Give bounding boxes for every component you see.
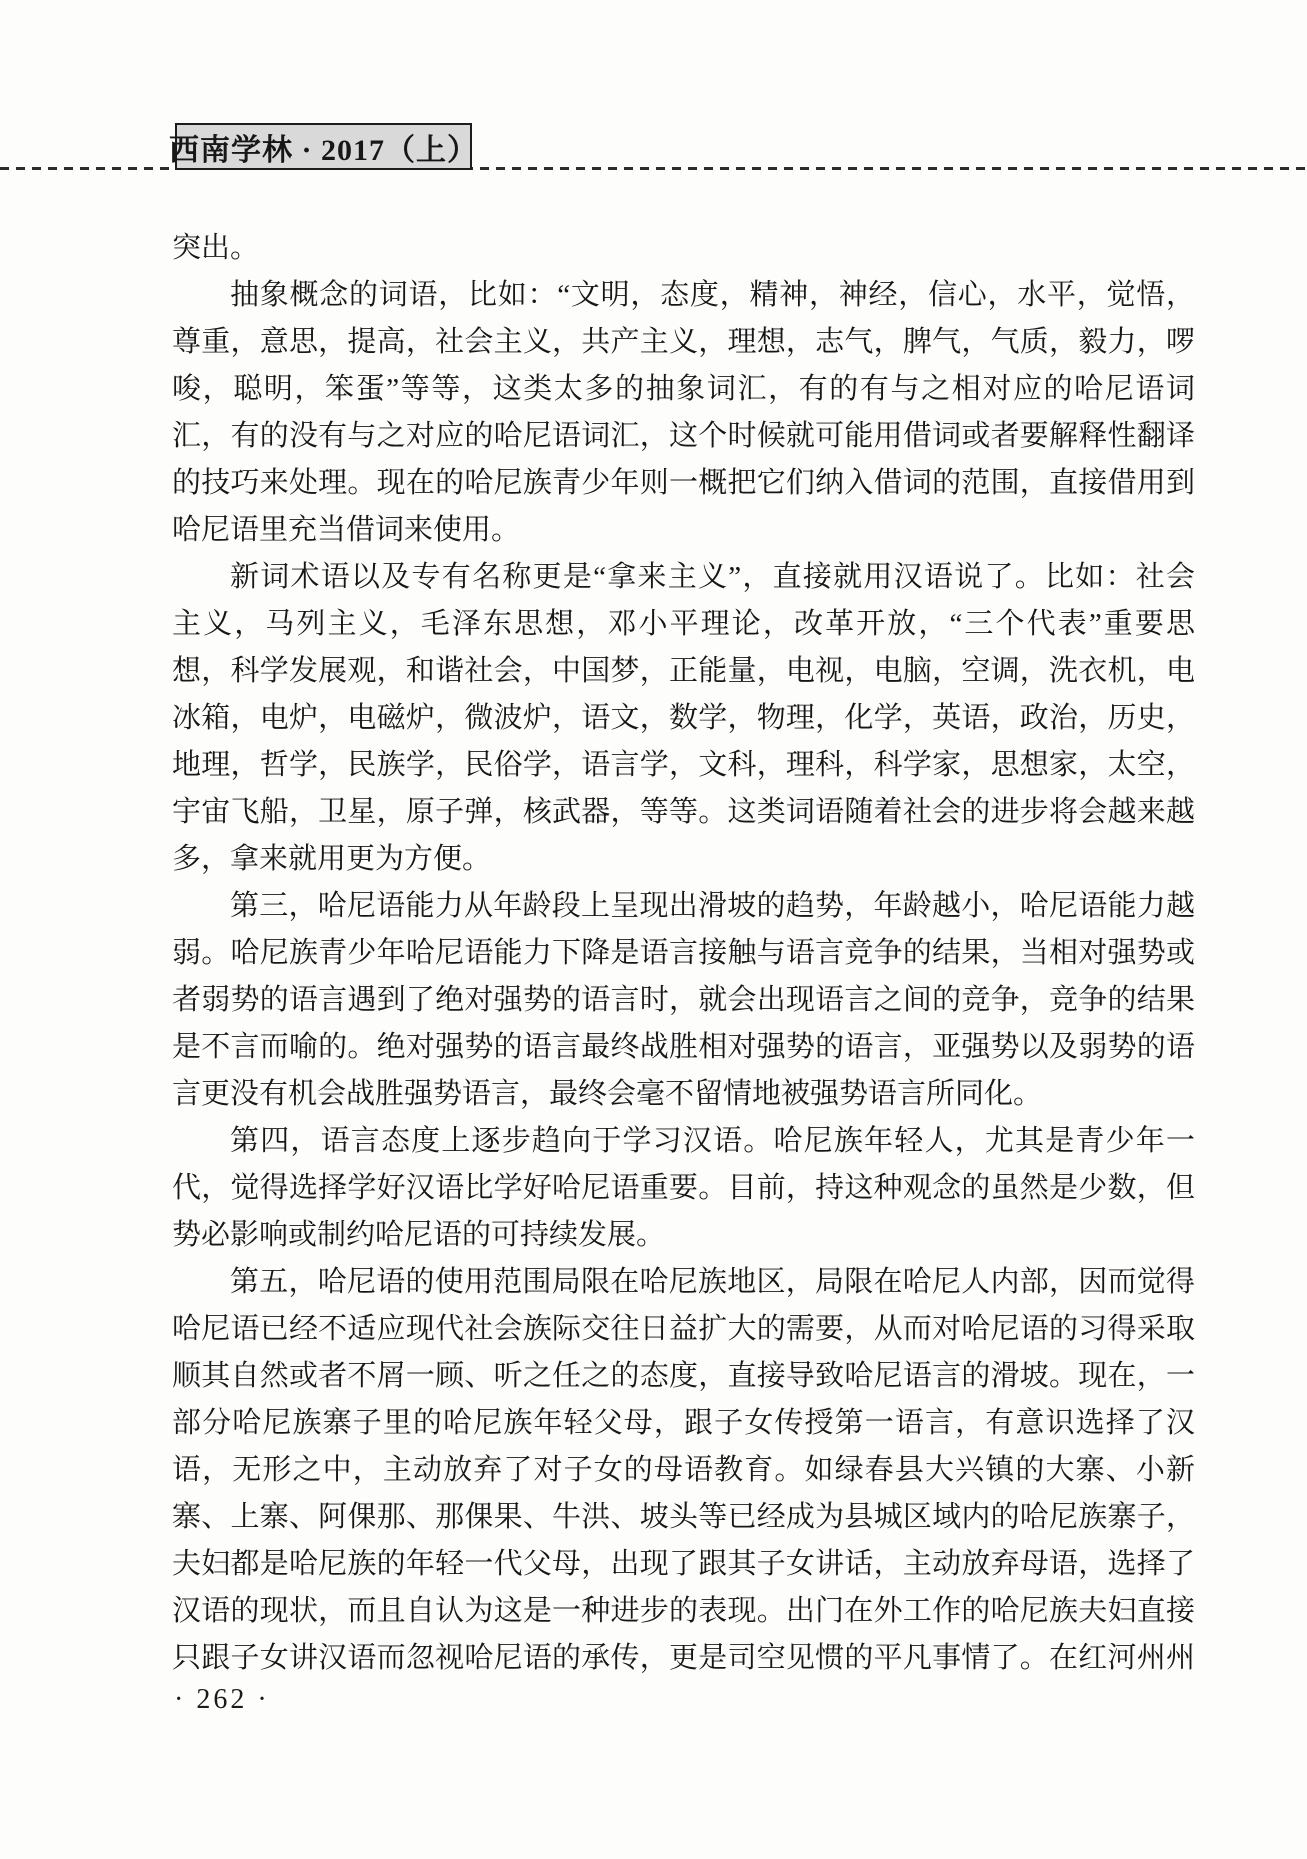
text-line: 只跟子女讲汉语而忽视哈尼语的承传，更是司空见惯的平凡事情了。在红河州州	[172, 1635, 1195, 1682]
text-line: 尊重，意思，提高，社会主义，共产主义，理想，志气，脾气，气质，毅力，啰	[172, 319, 1195, 366]
text-line: 抽象概念的词语，比如：“文明，态度，精神，神经，信心，水平，觉悟，	[172, 272, 1195, 319]
text-line: 第四，语言态度上逐步趋向于学习汉语。哈尼族年轻人，尤其是青少年一	[172, 1118, 1195, 1165]
text-line: 突出。	[172, 225, 1195, 272]
paragraph: 突出。	[172, 225, 1195, 272]
journal-title: 西南学林 · 2017（上）	[169, 125, 478, 169]
text-line: 想，科学发展观，和谐社会，中国梦，正能量，电视，电脑，空调，洗衣机，电	[172, 648, 1195, 695]
text-line: 主义，马列主义，毛泽东思想，邓小平理论，改革开放，“三个代表”重要思	[172, 601, 1195, 648]
text-line: 地理，哲学，民族学，民俗学，语言学，文科，理科，科学家，思想家，太空，	[172, 742, 1195, 789]
article-body: 突出。抽象概念的词语，比如：“文明，态度，精神，神经，信心，水平，觉悟，尊重，意…	[172, 225, 1195, 1682]
journal-header-banner: 西南学林 · 2017（上）	[175, 123, 472, 170]
text-line: 者弱势的语言遇到了绝对强势的语言时，就会出现语言之间的竞争，竞争的结果	[172, 977, 1195, 1024]
text-line: 言更没有机会战胜强势语言，最终会毫不留情地被强势语言所同化。	[172, 1071, 1195, 1118]
text-line: 部分哈尼族寨子里的哈尼族年轻父母，跟子女传授第一语言，有意识选择了汉	[172, 1400, 1195, 1447]
text-line: 顺其自然或者不屑一顾、听之任之的态度，直接导致哈尼语言的滑坡。现在，一	[172, 1353, 1195, 1400]
text-line: 冰箱，电炉，电磁炉，微波炉，语文，数学，物理，化学，英语，政治，历史，	[172, 695, 1195, 742]
text-line: 新词术语以及专有名称更是“拿来主义”，直接就用汉语说了。比如：社会	[172, 554, 1195, 601]
text-line: 的技巧来处理。现在的哈尼族青少年则一概把它们纳入借词的范围，直接借用到	[172, 460, 1195, 507]
paragraph: 第三，哈尼语能力从年龄段上呈现出滑坡的趋势，年龄越小，哈尼语能力越弱。哈尼族青少…	[172, 883, 1195, 1118]
text-line: 唆，聪明，笨蛋”等等，这类太多的抽象词汇，有的有与之相对应的哈尼语词	[172, 366, 1195, 413]
paragraph: 抽象概念的词语，比如：“文明，态度，精神，神经，信心，水平，觉悟，尊重，意思，提…	[172, 272, 1195, 554]
text-line: 势必影响或制约哈尼语的可持续发展。	[172, 1212, 1195, 1259]
text-line: 汇，有的没有与之对应的哈尼语词汇，这个时候就可能用借词或者要解释性翻译	[172, 413, 1195, 460]
paragraph: 新词术语以及专有名称更是“拿来主义”，直接就用汉语说了。比如：社会主义，马列主义…	[172, 554, 1195, 883]
text-line: 哈尼语里充当借词来使用。	[172, 507, 1195, 554]
document-page: 西南学林 · 2017（上） 突出。抽象概念的词语，比如：“文明，态度，精神，神…	[0, 0, 1307, 1859]
text-line: 汉语的现状，而且自认为这是一种进步的表现。出门在外工作的哈尼族夫妇直接	[172, 1588, 1195, 1635]
text-line: 第五，哈尼语的使用范围局限在哈尼族地区，局限在哈尼人内部，因而觉得	[172, 1259, 1195, 1306]
text-line: 多，拿来就用更为方便。	[172, 836, 1195, 883]
text-line: 寨、上寨、阿倮那、那倮果、牛洪、坡头等已经成为县城区域内的哈尼族寨子，	[172, 1494, 1195, 1541]
paragraph: 第五，哈尼语的使用范围局限在哈尼族地区，局限在哈尼人内部，因而觉得哈尼语已经不适…	[172, 1259, 1195, 1682]
text-line: 是不言而喻的。绝对强势的语言最终战胜相对强势的语言，亚强势以及弱势的语	[172, 1024, 1195, 1071]
text-line: 哈尼语已经不适应现代社会族际交往日益扩大的需要，从而对哈尼语的习得采取	[172, 1306, 1195, 1353]
text-line: 代，觉得选择学好汉语比学好哈尼语重要。目前，持这种观念的虽然是少数，但	[172, 1165, 1195, 1212]
text-line: 第三，哈尼语能力从年龄段上呈现出滑坡的趋势，年龄越小，哈尼语能力越	[172, 883, 1195, 930]
text-line: 宇宙飞船，卫星，原子弹，核武器，等等。这类词语随着社会的进步将会越来越	[172, 789, 1195, 836]
text-line: 语，无形之中，主动放弃了对子女的母语教育。如绿春县大兴镇的大寨、小新	[172, 1447, 1195, 1494]
paragraph: 第四，语言态度上逐步趋向于学习汉语。哈尼族年轻人，尤其是青少年一代，觉得选择学好…	[172, 1118, 1195, 1259]
text-line: 弱。哈尼族青少年哈尼语能力下降是语言接触与语言竞争的结果，当相对强势或	[172, 930, 1195, 977]
text-line: 夫妇都是哈尼族的年轻一代父母，出现了跟其子女讲话，主动放弃母语，选择了	[172, 1541, 1195, 1588]
page-number: · 262 ·	[174, 1684, 270, 1716]
